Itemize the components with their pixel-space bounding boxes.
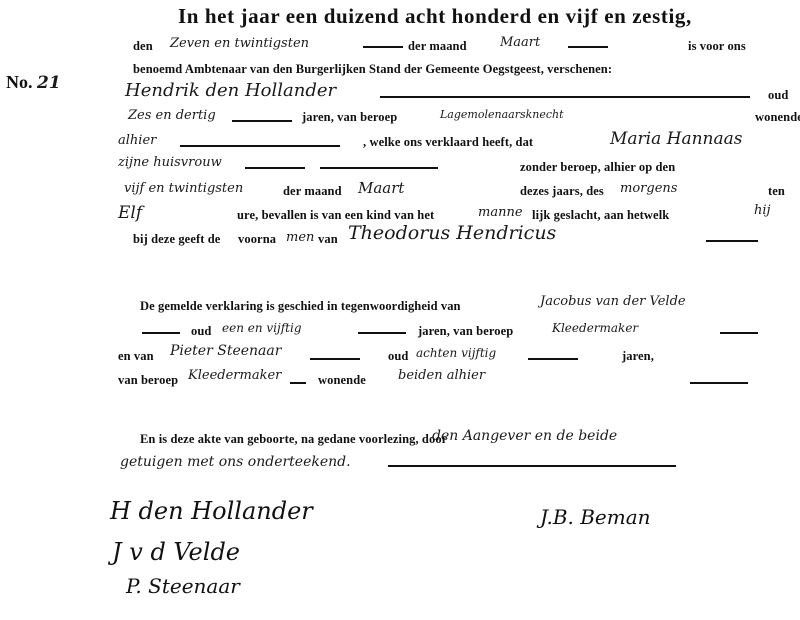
handwritten-witness1-occupation: Kleedermaker [552,321,638,335]
text-bij-deze-geeft: bij deze geeft de [133,232,220,247]
text-oud-2: oud [191,324,211,339]
handwritten-signers: den Aangever en de beide [432,428,617,444]
fill-rule [388,465,676,467]
text-ure-bevallen: ure, bevallen is van een kind van het [237,208,434,223]
handwritten-age: Zes en dertig [128,108,216,123]
heading: In het jaar een duizend acht honderd en … [178,4,692,29]
text-den: den [133,39,153,54]
signature-declarant: H den Hollander [110,497,313,525]
handwritten-occupation: Lagemolenaarsknecht [440,108,564,121]
handwritten-sex: manne [478,205,523,220]
handwritten-men: men [286,230,314,245]
text-der-maand: der maand [408,39,467,54]
handwritten-hij: hij [754,203,771,218]
fill-rule [358,332,406,334]
handwritten-time-of-day: morgens [620,181,677,196]
handwritten-witness2-occupation: Kleedermaker [188,368,281,383]
signature-witness-1: J v d Velde [112,538,240,566]
fill-rule [568,46,608,48]
record-number: No. 21 [6,72,61,93]
handwritten-birth-month: Maart [358,179,404,197]
text-is-voor-ons: is voor ons [688,39,746,54]
text-gemelde-verklaring: De gemelde verklaring is geschied in teg… [140,299,461,314]
handwritten-residence: alhier [118,133,156,148]
text-ten: ten [768,184,785,199]
signature-witness-2: P. Steenaar [126,574,240,598]
text-wonende-2: wonende [318,373,366,388]
text-zonder-beroep: zonder beroep, alhier op den [520,160,675,175]
text-van-beroep: van beroep [118,373,178,388]
handwritten-witness2-age: achten vijftig [416,346,496,360]
handwritten-relation: zijne huisvrouw [118,155,222,170]
handwritten-day: Zeven en twintigsten [170,36,309,51]
fill-rule [245,167,305,169]
fill-rule [320,167,438,169]
text-oud-3: oud [388,349,408,364]
text-voorna: voorna [238,232,276,247]
signature-registrar: J.B. Beman [540,505,651,529]
handwritten-declarant-name: Hendrik den Hollander [125,80,336,101]
handwritten-witnesses-residence: beiden alhier [398,368,485,383]
text-en-van: en van [118,349,154,364]
text-verklaard: , welke ons verklaard heeft, dat [363,135,533,150]
handwritten-child-name: Theodorus Hendricus [348,222,556,244]
handwritten-hour: Elf [118,203,142,223]
text-dezes-jaars: dezes jaars, des [520,184,604,199]
handwritten-month: Maart [500,35,540,50]
handwritten-mother: Maria Hannaas [610,129,743,149]
text-van: van [318,232,338,247]
handwritten-birth-day: vijf en twintigsten [124,181,243,196]
fill-rule [232,120,292,122]
text-oud: oud [768,88,788,103]
fill-rule [706,240,758,242]
text-jaren-beroep: jaren, van beroep [302,110,397,125]
text-jaren-beroep-2: jaren, van beroep [418,324,513,339]
text-closing: En is deze akte van geboorte, na gedane … [140,432,447,447]
fill-rule [380,96,750,98]
record-number-value: 21 [37,73,61,93]
text-jaren-3: jaren, [622,349,654,364]
handwritten-signed-with-us: getuigen met ons onderteekend. [120,454,351,470]
fill-rule [363,46,403,48]
text-benoemd: benoemd Ambtenaar van den Burgerlijken S… [133,62,612,77]
fill-rule [690,382,748,384]
record-number-label: No. [6,72,33,92]
text-lijk-geslacht: lijk geslacht, aan hetwelk [532,208,669,223]
handwritten-witness1-age: een en vijftig [222,321,302,335]
fill-rule [180,145,340,147]
fill-rule [528,358,578,360]
text-der-maand-2: der maand [283,184,342,199]
fill-rule [310,358,360,360]
handwritten-witness1-name: Jacobus van der Velde [540,294,686,309]
fill-rule [290,382,306,384]
handwritten-witness2-name: Pieter Steenaar [170,343,281,359]
text-wonende: wonende [755,110,800,125]
fill-rule [142,332,180,334]
fill-rule [720,332,758,334]
